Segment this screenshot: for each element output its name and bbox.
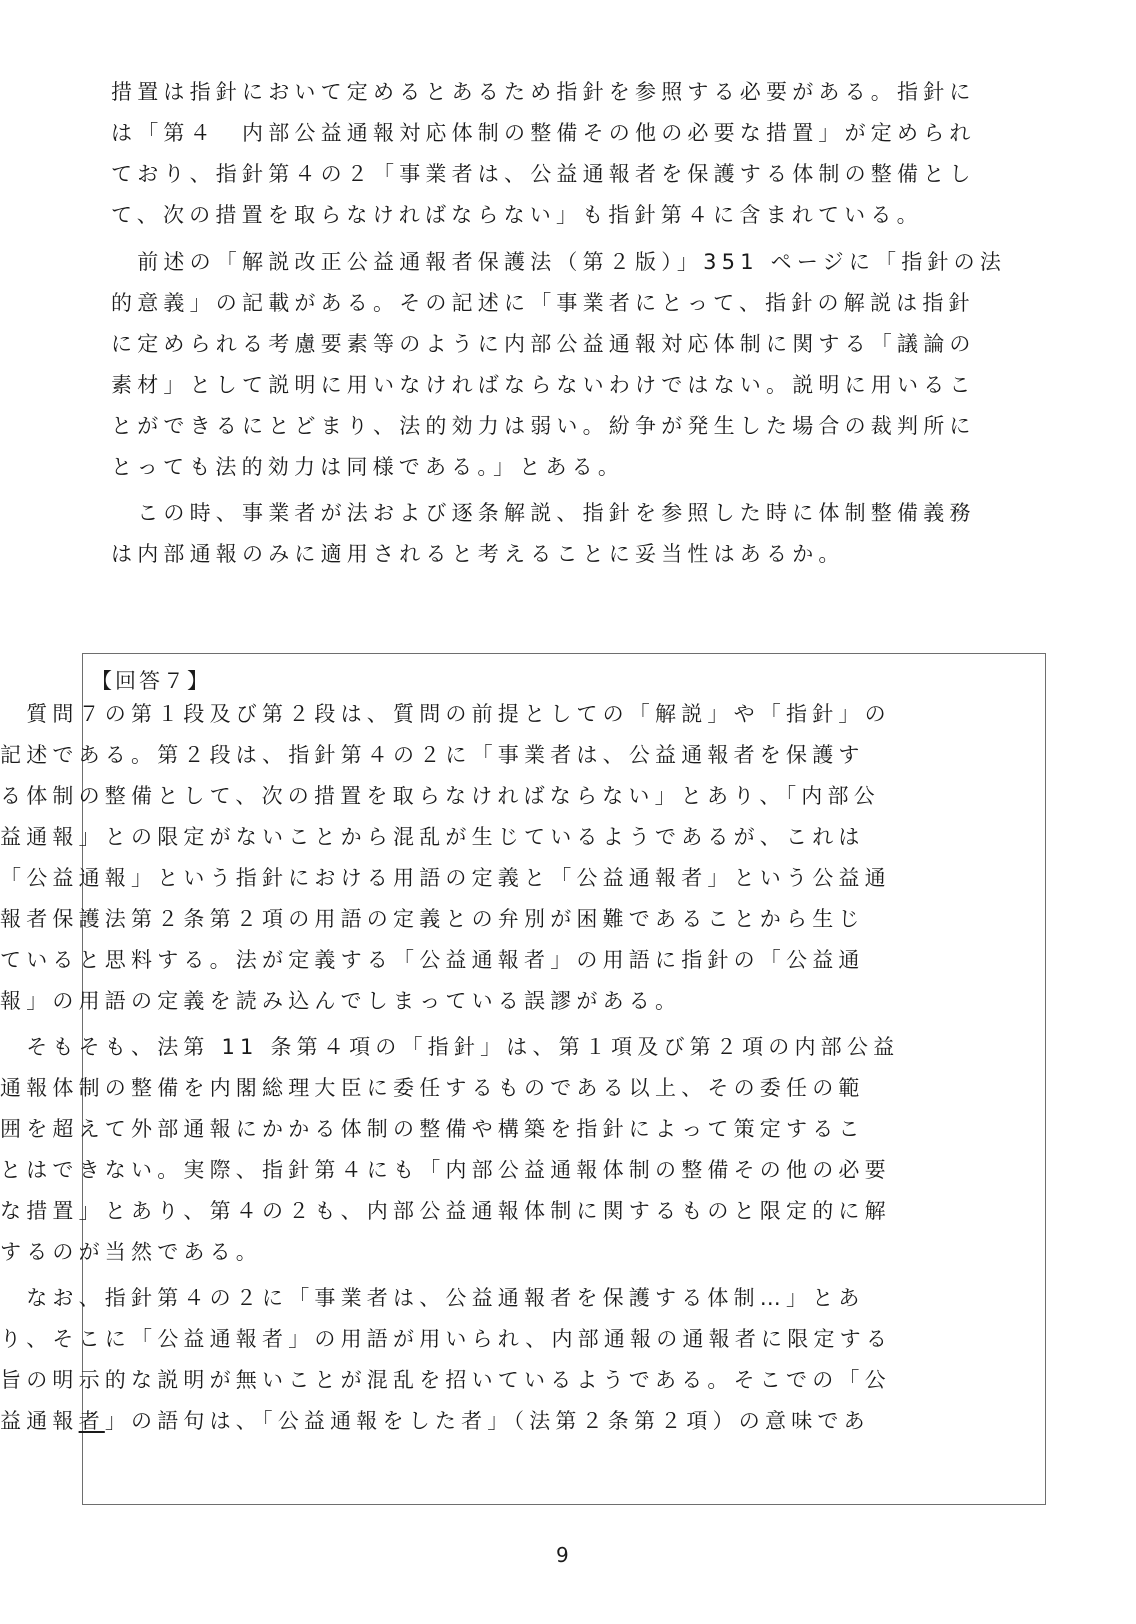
- intro-line: 措置は指針において定めるとあるため指針を参照する必要がある。指針に: [111, 82, 976, 103]
- intro-line: 前述の「解説改正公益通報者保護法（第２版）」351 ページに「指針の法: [111, 252, 1006, 273]
- intro-line: 的意義」の記載がある。その記述に「事業者にとって、指針の解説は指針: [111, 293, 975, 314]
- intro-line: ており、指針第４の２「事業者は、公益通報者を保護する体制の整備とし: [111, 164, 976, 185]
- answer-line: な措置」とあり、第４の２も、内部公益通報体制に関するものと限定的に解: [0, 1201, 891, 1222]
- answer-title: 【回答７】: [91, 665, 211, 695]
- answer-line: 囲を超えて外部通報にかかる体制の整備や構築を指針によって策定するこ: [0, 1119, 865, 1140]
- answer-last-line: 益通報者」の語句は、「公益通報をした者」（法第２条第２項）の意味であ: [0, 1411, 870, 1432]
- last-line-before: 益通報: [0, 1409, 79, 1433]
- answer-line: そもそも、法第 11 条第４項の「指針」は、第１項及び第２項の内部公益: [0, 1037, 899, 1058]
- answer-line: る体制の整備として、次の措置を取らなければならない」とあり、「内部公: [0, 786, 880, 807]
- intro-line: て、次の措置を取らなければならない」も指針第４に含まれている。: [111, 205, 923, 226]
- answer-line: 報者保護法第２条第２項の用語の定義との弁別が困難であることから生じ: [0, 909, 865, 930]
- answer-line: 益通報」との限定がないことから混乱が生じているようであるが、これは: [0, 827, 865, 848]
- answer-line: 記述である。第２段は、指針第４の２に「事業者は、公益通報者を保護す: [0, 745, 865, 766]
- answer-line: り、そこに「公益通報者」の用語が用いられ、内部通報の通報者に限定する: [0, 1329, 892, 1350]
- underlined-character: 者: [79, 1409, 105, 1433]
- page-number: 9: [556, 1543, 569, 1567]
- answer-line: 質問７の第１段及び第２段は、質問の前提としての「解説」や「指針」の: [0, 704, 891, 725]
- intro-line: 素材」として説明に用いなければならないわけではない。説明に用いるこ: [111, 375, 976, 396]
- answer-line: とはできない。実際、指針第４にも「内部公益通報体制の整備その他の必要: [0, 1160, 891, 1181]
- answer-line: 「公益通報」という指針における用語の定義と「公益通報者」という公益通: [0, 868, 891, 889]
- answer-line: ていると思料する。法が定義する「公益通報者」の用語に指針の「公益通: [0, 950, 865, 971]
- intro-line: に定められる考慮要素等のように内部公益通報対応体制に関する「議論の: [111, 334, 976, 355]
- document-page: 措置は指針において定めるとあるため指針を参照する必要がある。指針に は「第４ 内…: [0, 0, 1136, 1624]
- answer-line: なお、指針第４の２に「事業者は、公益通報者を保護する体制…」とあ: [0, 1288, 865, 1309]
- answer-line: 通報体制の整備を内閣総理大臣に委任するものである以上、その委任の範: [0, 1078, 865, 1099]
- answer-line: 旨の明示的な説明が無いことが混乱を招いているようである。そこでの「公: [0, 1370, 891, 1391]
- intro-line: は「第４ 内部公益通報対応体制の整備その他の必要な措置」が定められ: [111, 123, 976, 144]
- intro-line: この時、事業者が法および逐条解説、指針を参照した時に体制整備義務: [111, 503, 976, 524]
- intro-line: は内部通報のみに適用されると考えることに妥当性はあるか。: [111, 544, 845, 565]
- last-line-after: 」の語句は、「公益通報をした者」（法第２条第２項）の意味であ: [105, 1409, 870, 1433]
- intro-line: とができるにとどまり、法的効力は弱い。紛争が発生した場合の裁判所に: [111, 416, 976, 437]
- intro-line: とっても法的効力は同様である。」とある。: [111, 457, 624, 478]
- answer-line: するのが当然である。: [0, 1242, 262, 1263]
- answer-line: 報」の用語の定義を読み込んでしまっている誤謬がある。: [0, 991, 681, 1012]
